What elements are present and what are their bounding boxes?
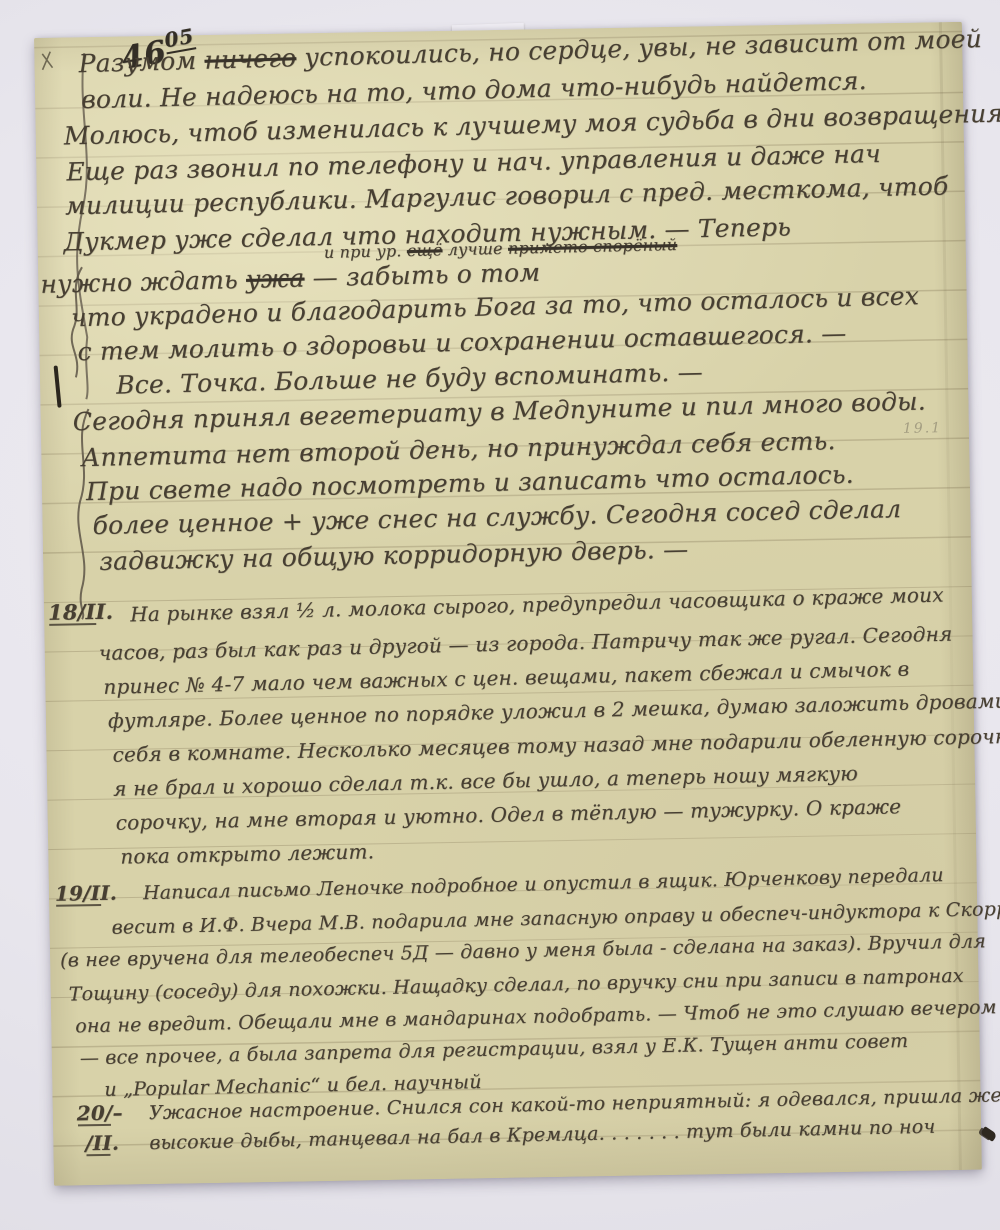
manuscript-line: На рынке взял ½ л. молока сырого, предуп… — [130, 585, 944, 625]
manuscript-line: пока открыто лежит. — [120, 841, 374, 866]
manuscript-line: часов, раз был как раз и другой — из гор… — [99, 624, 953, 663]
manuscript-line: задвижку на общую корридорную дверь. — — [99, 537, 689, 574]
manuscript-line: — все прочее, а была запрета для регистр… — [80, 1032, 909, 1068]
manuscript-line: высокие дыбы, танцевал на бал в Кремлца.… — [149, 1118, 935, 1153]
scan-background: 4605 19.1 Разумом ничего успокоились, но… — [0, 0, 1000, 1230]
manuscript-paper: 4605 19.1 Разумом ничего успокоились, но… — [34, 22, 982, 1186]
date-label: 19/II. — [55, 883, 117, 904]
ink-blot-icon — [980, 1126, 997, 1142]
manuscript-line: Написал письмо Леночке подробное и опуст… — [143, 866, 944, 903]
manuscript-line: я не брал и хорошо сделал т.к. все бы уш… — [113, 763, 858, 799]
manuscript-line: себя в комнате. Несколько месяцев тому н… — [112, 726, 1000, 765]
date-label: 18/II. — [48, 601, 113, 623]
handwriting-layer: Разумом ничего успокоились, но сердце, у… — [34, 22, 982, 1186]
date-label: 20/– — [77, 1103, 123, 1124]
manuscript-line: (в нее вручена для телеобеспеч 5Д — давн… — [60, 932, 986, 970]
manuscript-line: Все. Точка. Больше не буду вспоминать. — — [116, 359, 703, 397]
manuscript-line: нужно ждать ужа — забыть о том — [40, 260, 540, 297]
manuscript-line: сорочку, на мне вторая и уютно. Одел в т… — [116, 796, 902, 832]
manuscript-line: футляре. Более ценное по порядке уложил … — [108, 690, 1000, 731]
date-label: /II. — [85, 1133, 119, 1154]
manuscript-line: принес № 4-7 мало чем важных с цен. веща… — [103, 659, 909, 697]
